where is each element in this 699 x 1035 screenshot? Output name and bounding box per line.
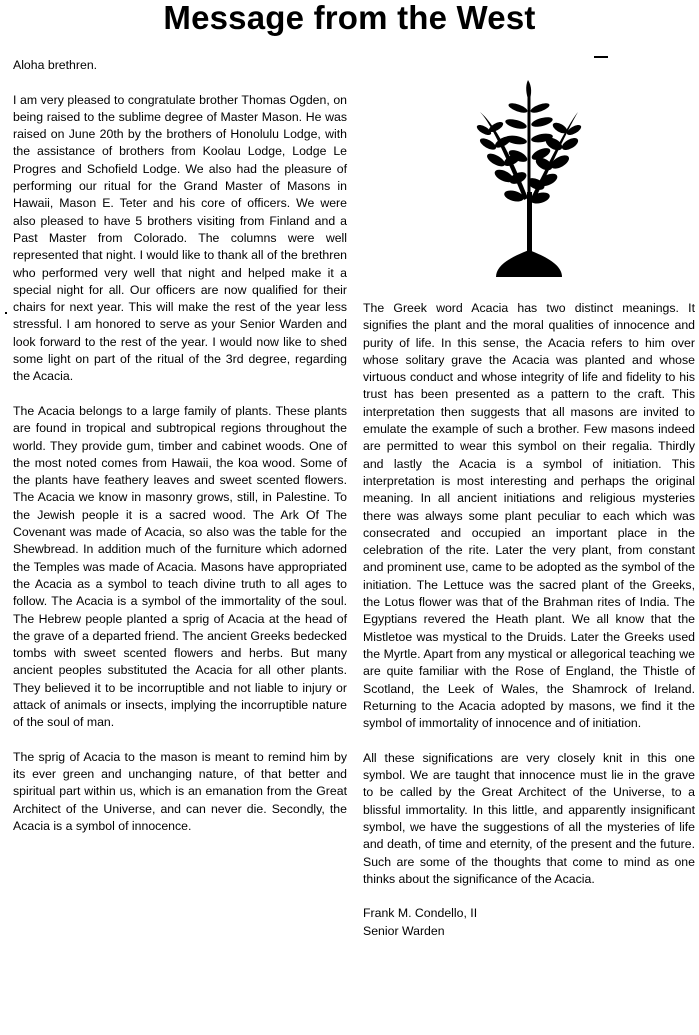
signature-name: Frank M. Condello, II	[363, 905, 695, 922]
paragraph-significations: All these significations are very closel…	[363, 750, 695, 888]
page-title: Message from the West	[0, 0, 699, 36]
signature: Frank M. Condello, II Senior Warden	[363, 905, 695, 940]
stray-dot	[5, 312, 7, 314]
decorative-mark	[594, 56, 608, 58]
greeting: Aloha brethren.	[13, 57, 347, 74]
paragraph-congratulations: I am very pleased to congratulate brothe…	[13, 92, 347, 386]
right-column: The Greek word Acacia has two distinct m…	[363, 300, 695, 940]
signature-role: Senior Warden	[363, 923, 695, 940]
paragraph-greek-meaning: The Greek word Acacia has two distinct m…	[363, 300, 695, 732]
left-column: Aloha brethren. I am very pleased to con…	[13, 57, 347, 835]
paragraph-acacia-family: The Acacia belongs to a large family of …	[13, 403, 347, 732]
paragraph-sprig-meaning: The sprig of Acacia to the mason is mean…	[13, 749, 347, 835]
acacia-sprig-icon	[474, 72, 584, 282]
